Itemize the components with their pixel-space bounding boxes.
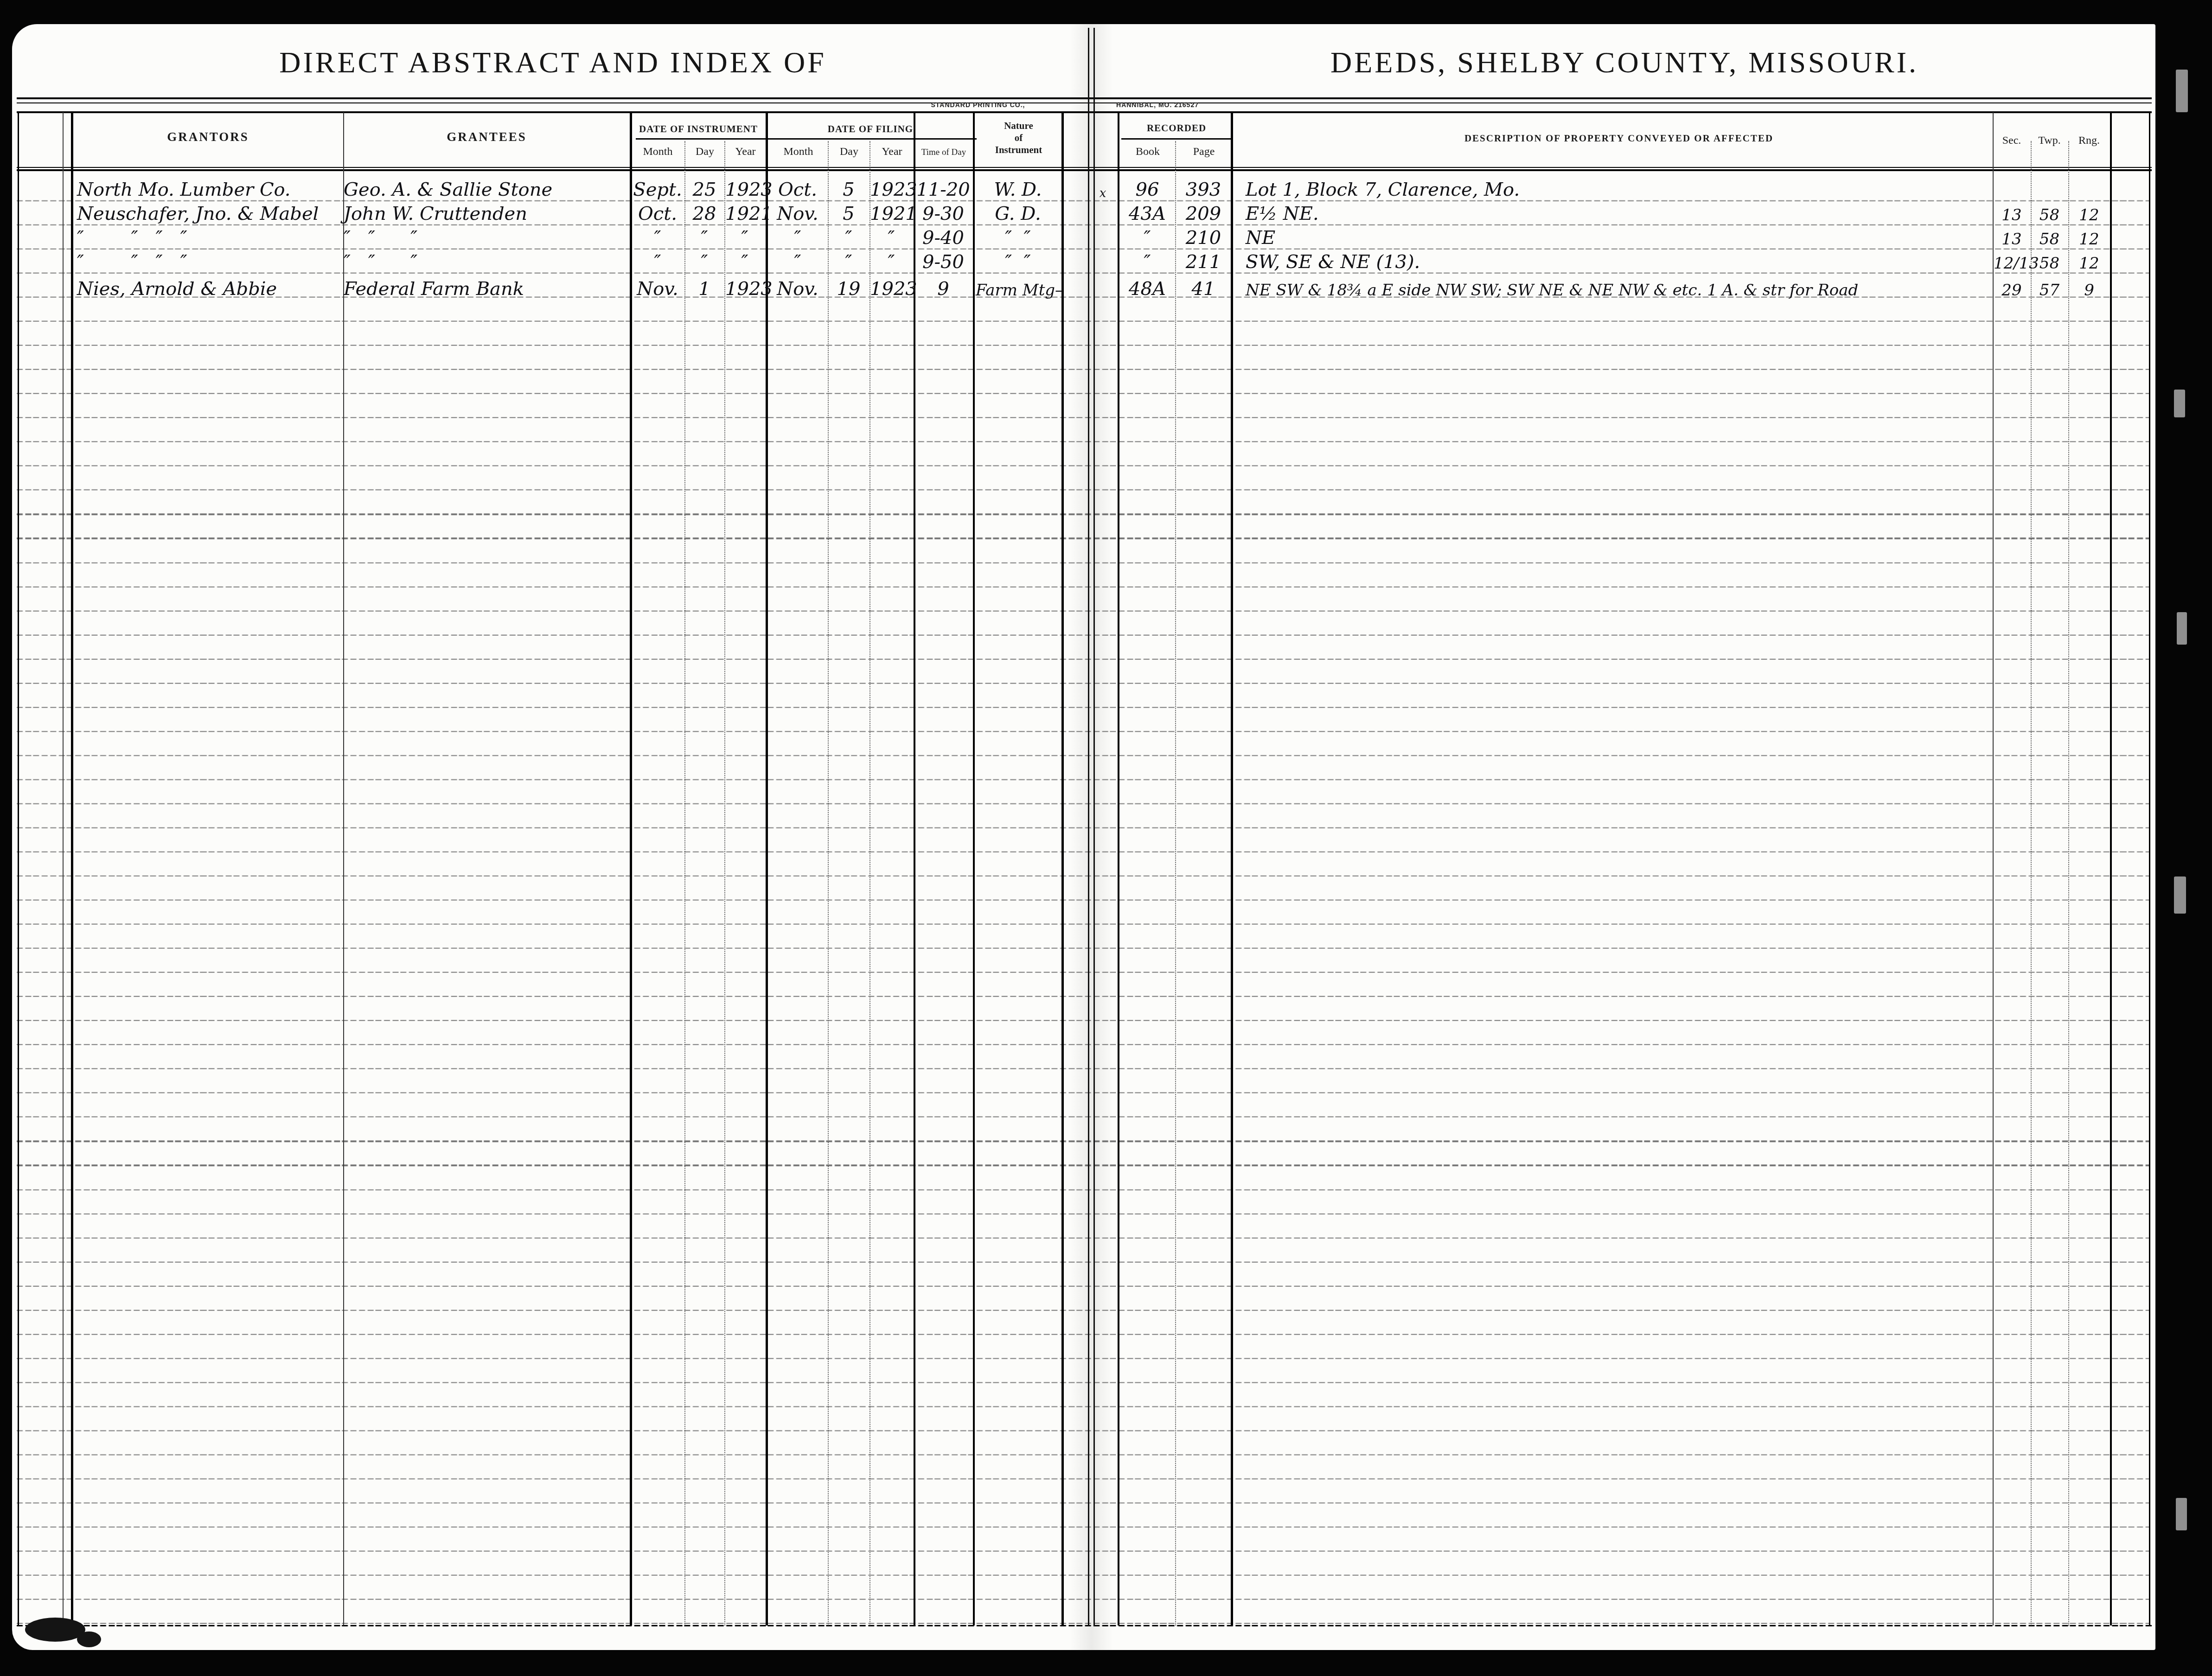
cell-page: 210 — [1177, 227, 1230, 249]
filing-year-header: Year — [870, 146, 914, 158]
cell-time-of-day: 9-40 — [914, 227, 972, 249]
binding-mark — [2176, 70, 2188, 112]
cell-inst-month: Sept. — [633, 179, 683, 200]
cell-filing-month: Oct. — [769, 179, 826, 200]
cell-description: E½ NE. — [1246, 203, 1990, 224]
cell-rng: 9 — [2069, 281, 2109, 300]
cell-time-of-day: 9-30 — [914, 203, 972, 224]
book-fold-shading — [1070, 24, 1113, 1650]
date-of-filing-header: DATE OF FILING — [768, 123, 973, 135]
cell-grantors: North Mo. Lumber Co. — [77, 179, 341, 200]
cell-filing-year: 1923 — [870, 179, 913, 200]
cell-inst-year: 1921 — [725, 203, 764, 224]
description-header: DESCRIPTION OF PROPERTY CONVEYED OR AFFE… — [1246, 133, 1992, 144]
cell-filing-day-ditto: ″ — [829, 251, 868, 273]
cell-time-of-day: 11-20 — [914, 179, 972, 200]
filing-day-year-divider — [869, 141, 870, 1625]
margin-column-divider — [63, 112, 64, 1625]
ledger-page: DIRECT ABSTRACT AND INDEX OF DEEDS, SHEL… — [12, 24, 2155, 1650]
cell-filing-day: 5 — [829, 179, 868, 200]
cell-grantees-ditto: ″ ″ ″ — [344, 251, 627, 273]
inst-day-header: Day — [685, 146, 724, 158]
rng-header: Rng. — [2068, 134, 2110, 147]
dates-group-underline — [636, 138, 977, 140]
cell-page: 393 — [1177, 179, 1230, 200]
cell-rng: 12 — [2069, 230, 2109, 249]
cell-book-ditto: ″ — [1120, 251, 1174, 273]
cell-book: 48A — [1120, 278, 1174, 300]
cell-filing-day: 5 — [829, 203, 868, 224]
cell-book: 96 — [1120, 179, 1174, 200]
inst-month-day-divider — [684, 141, 685, 1625]
cell-filing-day: 19 — [829, 278, 868, 300]
cell-description: Lot 1, Block 7, Clarence, Mo. — [1246, 179, 1990, 200]
cell-filing-month: Nov. — [769, 278, 826, 300]
grantors-header: GRANTORS — [72, 130, 344, 144]
rng-right-divider — [2110, 112, 2112, 1625]
nature-header-line2: of — [976, 132, 1061, 144]
cell-rng: 12 — [2069, 206, 2109, 224]
cell-nature: W. D. — [976, 179, 1060, 200]
right-page-border — [2149, 112, 2150, 1625]
cell-filing-year-ditto: ″ — [870, 251, 913, 273]
cell-inst-day-ditto: ″ — [685, 251, 723, 273]
cell-filing-day-ditto: ″ — [829, 227, 868, 249]
right-page-title: DEEDS, SHELBY COUNTY, MISSOURI. — [1093, 45, 2155, 80]
cell-inst-day: 25 — [685, 179, 723, 200]
cell-grantees: John W. Cruttenden — [344, 203, 627, 224]
binding-mark — [2174, 390, 2185, 417]
binding-mark — [2174, 876, 2186, 914]
date-of-instrument-header: DATE OF INSTRUMENT — [631, 123, 766, 135]
cell-filing-year: 1921 — [870, 203, 913, 224]
cell-inst-year-ditto: ″ — [725, 251, 764, 273]
cell-filing-month-ditto: ″ — [769, 251, 826, 273]
cell-sec: 13 — [1994, 206, 2030, 224]
cell-nature-ditto: ″ ″ — [976, 251, 1060, 273]
cell-inst-month: Oct. — [633, 203, 683, 224]
nature-header-line3: Instrument — [976, 144, 1061, 156]
filing-time-divider — [914, 112, 915, 1625]
nature-right-divider — [1061, 112, 1064, 1625]
cell-filing-month-ditto: ″ — [769, 227, 826, 249]
cell-nature: Farm Mtg– — [976, 281, 1060, 300]
cell-description: SW, SE & NE (13). — [1246, 251, 1990, 273]
binding-mark — [2177, 612, 2187, 645]
cell-inst-year-ditto: ″ — [725, 227, 764, 249]
cell-twp: 58 — [2032, 254, 2067, 273]
inst-month-header: Month — [631, 146, 684, 158]
instrument-filing-divider — [766, 112, 768, 1625]
cell-grantors: Neuschafer, Jno. & Mabel — [77, 203, 341, 224]
cell-grantors: Nies, Arnold & Abbie — [77, 278, 341, 300]
recorded-left-divider — [1118, 112, 1119, 1625]
cell-book-ditto: ″ — [1120, 227, 1174, 249]
grantors-grantees-divider — [343, 112, 344, 1625]
inst-year-header: Year — [725, 146, 766, 158]
book-page-divider — [1175, 141, 1176, 1625]
cell-sec: 29 — [1994, 281, 2030, 300]
cell-sec: 12/13 — [1994, 254, 2030, 273]
cell-book: 43A — [1120, 203, 1174, 224]
cell-description: NE SW & 18¾ a E side NW SW; SW NE & NE N… — [1246, 281, 1990, 300]
binding-mark — [2176, 1498, 2187, 1530]
cell-inst-month-ditto: ″ — [633, 227, 683, 249]
cell-twp: 57 — [2032, 281, 2067, 300]
cell-page: 209 — [1177, 203, 1230, 224]
grantors-left-divider — [71, 112, 73, 1625]
cell-inst-day: 28 — [685, 203, 723, 224]
cell-page: 211 — [1177, 251, 1230, 273]
filing-month-header: Month — [769, 146, 828, 158]
cell-grantees: Geo. A. & Sallie Stone — [344, 179, 627, 200]
cell-inst-year: 1923 — [725, 179, 764, 200]
page-corner-smudge-small — [77, 1631, 101, 1647]
grantees-header: GRANTEES — [344, 130, 630, 144]
printer-imprint-left: STANDARD PRINTING CO., — [920, 101, 1036, 109]
twp-rng-divider — [2068, 141, 2069, 1625]
cell-nature: G. D. — [976, 203, 1060, 224]
filing-month-day-divider — [828, 141, 829, 1625]
time-of-day-header: Time of Day — [914, 147, 973, 158]
cell-sec: 13 — [1994, 230, 2030, 249]
printer-imprint-right: HANNIBAL, MO. 216527 — [1097, 101, 1218, 109]
cell-nature-ditto: ″ ″ — [976, 227, 1060, 249]
sec-header: Sec. — [1993, 134, 2031, 147]
filing-day-header: Day — [829, 146, 869, 158]
book-header: Book — [1120, 146, 1175, 158]
scanned-ledger-canvas: DIRECT ABSTRACT AND INDEX OF DEEDS, SHEL… — [0, 0, 2212, 1676]
cell-twp: 58 — [2032, 206, 2067, 224]
cell-grantors-ditto: ″ ″ ″ ″ — [77, 251, 341, 273]
inst-day-year-divider — [724, 141, 725, 1625]
cell-inst-month: Nov. — [633, 278, 683, 300]
recorded-group-underline — [1121, 138, 1232, 140]
grantees-right-divider — [630, 112, 632, 1625]
sec-twp-divider — [2031, 141, 2032, 1625]
cell-inst-year: 1923 — [725, 278, 764, 300]
page-header: Page — [1177, 146, 1231, 158]
time-nature-divider — [973, 112, 975, 1625]
cell-grantees: Federal Farm Bank — [344, 278, 627, 300]
cell-twp: 58 — [2032, 230, 2067, 249]
cell-inst-day-ditto: ″ — [685, 227, 723, 249]
cell-filing-year: 1923 — [870, 278, 913, 300]
twp-header: Twp. — [2031, 134, 2068, 147]
cell-page: 41 — [1177, 278, 1230, 300]
left-page-title: DIRECT ABSTRACT AND INDEX OF — [18, 45, 1088, 80]
cell-inst-day: 1 — [685, 278, 723, 300]
cell-grantees-ditto: ″ ″ ″ — [344, 227, 627, 249]
recorded-description-divider — [1231, 112, 1233, 1625]
cell-filing-year-ditto: ″ — [870, 227, 913, 249]
cell-filing-month: Nov. — [769, 203, 826, 224]
description-sec-divider — [1993, 112, 1994, 1625]
cell-time-of-day: 9 — [914, 278, 972, 300]
cell-rng: 12 — [2069, 254, 2109, 273]
recorded-header: RECORDED — [1121, 122, 1232, 134]
page-corner-smudge — [25, 1618, 85, 1642]
cell-time-of-day: 9-50 — [914, 251, 972, 273]
nature-header-line1: Nature — [976, 120, 1061, 132]
left-page-border — [18, 112, 19, 1625]
cell-inst-month-ditto: ″ — [633, 251, 683, 273]
cell-grantors-ditto: ″ ″ ″ ″ — [77, 227, 341, 249]
nature-of-instrument-header: Nature of Instrument — [976, 120, 1061, 156]
cell-description: NE — [1246, 227, 1990, 249]
